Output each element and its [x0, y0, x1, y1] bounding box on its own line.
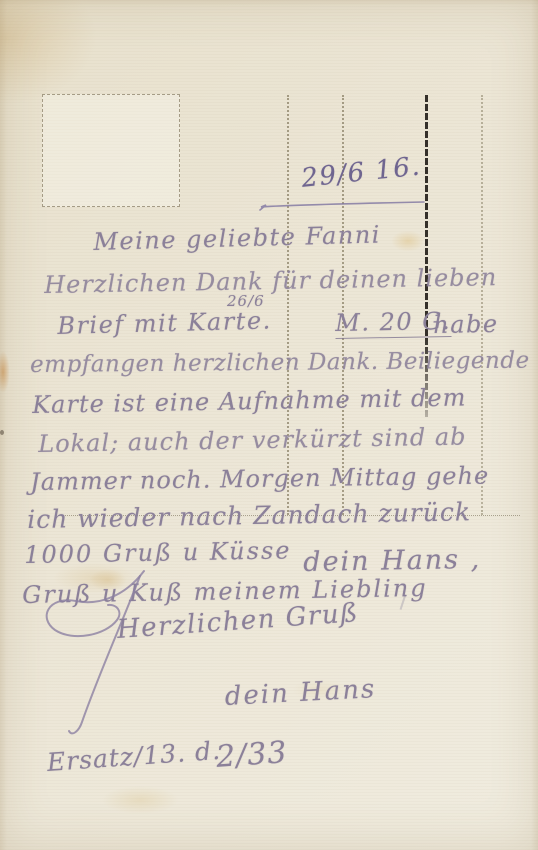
message-line-5: Karte ist eine Aufnahme mit dem	[32, 383, 467, 419]
address-divider-line-4	[481, 95, 483, 515]
message-line-7: Jammer noch. Morgen Mittag gehe	[30, 462, 489, 496]
date-underline	[258, 198, 426, 212]
unit-number: 2/33	[215, 735, 289, 775]
message-line-3-post: habe	[433, 310, 499, 339]
stamp-box	[42, 94, 180, 207]
message-line-9-signoff: dein Hans ,	[303, 544, 481, 578]
message-line-6: Lokal; auch der verkürzt sind ab	[38, 423, 467, 458]
message-line-10: Gruß u Kuß meinem Liebling	[22, 574, 428, 609]
message-line-8: ich wieder nach Zandach zurück	[27, 497, 471, 534]
unit-line-text: Ersatz/13. d.	[46, 736, 222, 777]
message-line-2: Herzlichen Dank für deinen lieben	[44, 263, 497, 299]
handwritten-date: 29/6 16.	[300, 151, 422, 193]
paper-speck	[0, 430, 4, 435]
signature: dein Hans	[224, 674, 377, 712]
message-line-9: 1000 Gruß u Küsse	[24, 536, 292, 569]
message-line-4: empfangen herzlichen Dank. Beiliegende	[30, 348, 530, 378]
postcard-back: 29/6 16. Meine geliebte Fanni Herzlichen…	[0, 0, 538, 850]
message-greeting: Meine geliebte Fanni	[93, 220, 381, 256]
message-insert-date: 26/6	[227, 292, 265, 310]
message-line-3-pre: Brief mit Karte.	[57, 306, 272, 340]
